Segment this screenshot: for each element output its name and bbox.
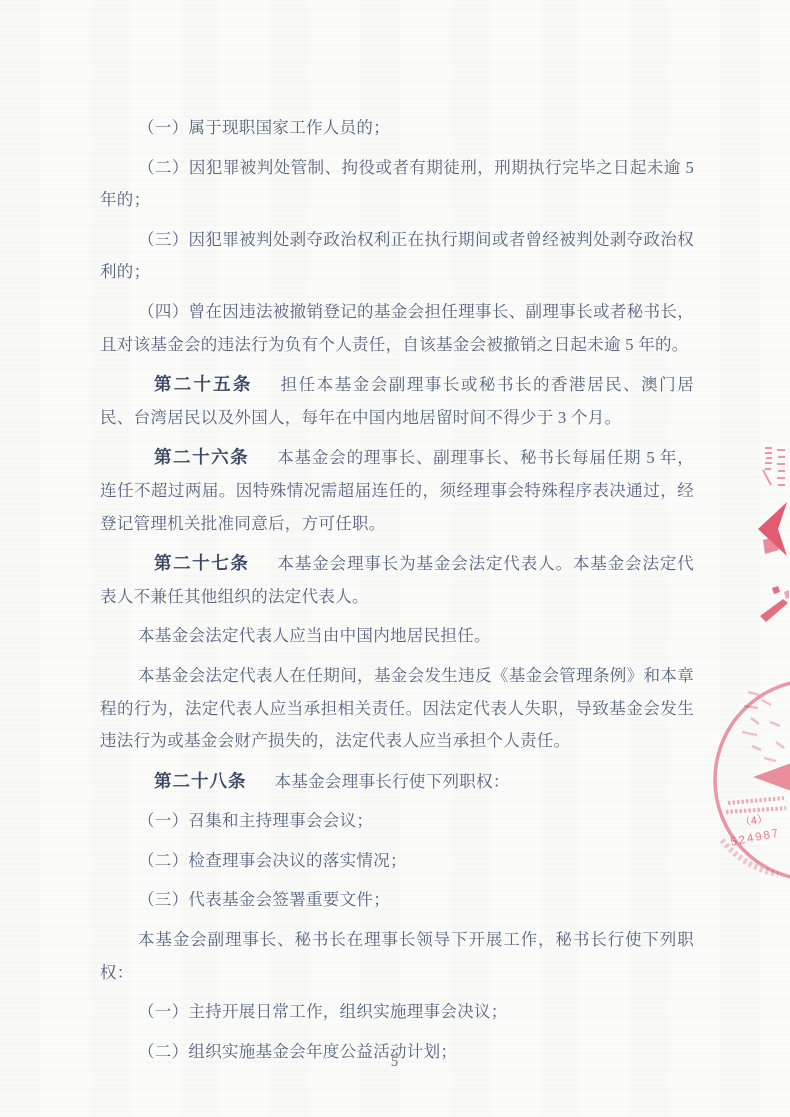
- paragraph-item: （二）因犯罪被判处管制、拘役或者有期徒刑，刑期执行完毕之日起未逾 5 年的；: [100, 152, 694, 217]
- article-number: 第二十七条: [154, 553, 249, 573]
- paragraph-item: （二）检查理事会决议的落实情况；: [100, 845, 694, 878]
- stamp-fragment-text-marks: [763, 448, 785, 485]
- article-number: 第二十八条: [154, 771, 247, 791]
- article-text: 本基金会理事长行使下列职权：: [275, 772, 510, 791]
- seal-text-smudges: [742, 692, 784, 761]
- seal-small-text-rows: [726, 798, 786, 812]
- stamp-fragments-strip: [753, 442, 790, 624]
- paragraph-item: （四）曾在因违法被撤销登记的基金会担任理事长、副理事长或者秘书长，且对该基金会的…: [100, 296, 694, 361]
- paragraph-item: （一）属于现职国家工作人员的；: [100, 112, 694, 145]
- article-number: 第二十五条: [154, 374, 253, 394]
- paragraph-item: （三）因犯罪被判处剥夺政治权利正在执行期间或者曾经被判处剥夺政治权利的；: [100, 224, 694, 289]
- document-body: （一）属于现职国家工作人员的；（二）因犯罪被判处管制、拘役或者有期徒刑，刑期执行…: [100, 112, 694, 1075]
- paragraph-article: 第二十六条本基金会的理事长、副理事长、秘书长每届任期 5 年，连任不超过两届。因…: [100, 441, 694, 540]
- stamp-fragment-stroke: [760, 586, 789, 622]
- paragraph-para: 本基金会法定代表人应当由中国内地居民担任。: [100, 620, 694, 653]
- seal-serial-number: 524987: [730, 827, 782, 848]
- seal-outer-ring: [715, 680, 790, 880]
- paragraph-para: 本基金会副理事长、秘书长在理事长领导下开展工作，秘书长行使下列职权：: [100, 924, 694, 989]
- paragraph-item: （一）召集和主持理事会会议；: [100, 805, 694, 838]
- paragraph-article: 第二十七条本基金会理事长为基金会法定代表人。本基金会法定代表人不兼任其他组织的法…: [100, 547, 694, 613]
- paragraph-item: （三）代表基金会签署重要文件；: [100, 884, 694, 917]
- page-number: 5: [0, 1054, 790, 1071]
- paragraph-article: 第二十五条担任本基金会副理事长或秘书长的香港居民、澳门居民、台湾居民以及外国人，…: [100, 368, 694, 434]
- scanned-document-page: （一）属于现职国家工作人员的；（二）因犯罪被判处管制、拘役或者有期徒刑，刑期执行…: [0, 0, 790, 1117]
- paragraph-article: 第二十八条本基金会理事长行使下列职权：: [100, 765, 694, 799]
- seal-code-label: （4）: [739, 812, 769, 829]
- article-number: 第二十六条: [154, 447, 249, 467]
- seal-star-icon: [753, 718, 790, 836]
- stamp-fragment-star-tip: [758, 502, 787, 556]
- official-seal-stamp-partial: （4） 524987: [700, 662, 790, 890]
- seal-bottom-arc-text: [722, 840, 778, 874]
- paragraph-item: （一）主持开展日常工作，组织实施理事会决议；: [100, 996, 694, 1029]
- paragraph-para: 本基金会法定代表人在任期间，基金会发生违反《基金会管理条例》和本章程的行为，法定…: [100, 660, 694, 758]
